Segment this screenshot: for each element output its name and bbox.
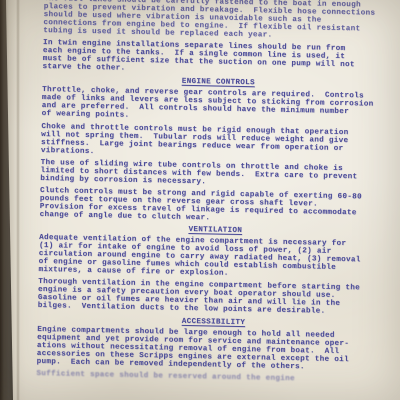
paragraph: Thorough ventilation in the engine compa… xyxy=(38,278,391,317)
paragraph: In twin engine installations separate li… xyxy=(42,39,395,78)
paragraph: Choke and throttle controls must be rigi… xyxy=(41,123,394,162)
document-page: The fuel lines should be carefully faste… xyxy=(0,0,400,400)
paragraph: Adequate ventilation of the engine compa… xyxy=(38,234,391,281)
paragraph: Sufficient space should be reserved arou… xyxy=(36,370,388,385)
photo-of-document: The fuel lines should be carefully faste… xyxy=(0,0,400,400)
paragraph: Engine compartments should be large enou… xyxy=(37,325,390,372)
document-text: The fuel lines should be carefully faste… xyxy=(36,0,396,389)
paragraph: The use of sliding wire tube controls on… xyxy=(40,159,392,190)
paragraph: Throttle, choke, and reverse gear contro… xyxy=(42,86,395,125)
paragraph: Clutch controls must be strong and rigid… xyxy=(40,187,393,226)
text-line: Sufficient space should be reserved arou… xyxy=(36,370,388,385)
paragraph: The fuel lines should be carefully faste… xyxy=(43,0,396,42)
